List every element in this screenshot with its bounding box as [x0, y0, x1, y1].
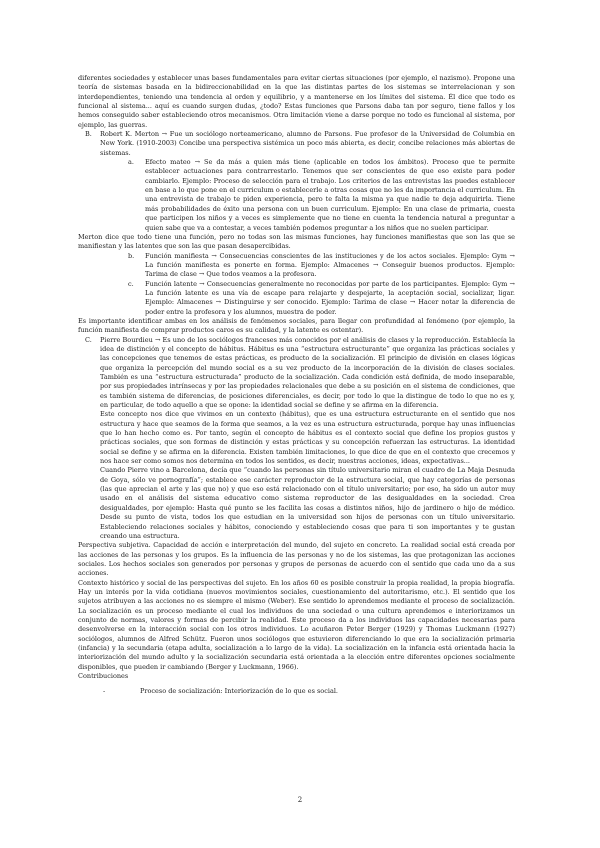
sublist-item-a-efecto-mateo: a. Efecto mateo → Se da más a quien más …	[145, 158, 515, 233]
sublist-item-b-funcion-manifiesta: b. Función manifiesta → Consecuencias co…	[145, 252, 515, 280]
paragraph-contexto-historico: Contexto histórico y social de las persp…	[78, 579, 515, 672]
paragraph-merton-note: Merton dice que todo tiene una función, …	[78, 233, 515, 252]
sub-b-text: Función manifiesta → Consecuencias consc…	[145, 252, 515, 280]
list-item-c-bourdieu: C. Pierre Bourdieu → Es uno de los soció…	[100, 336, 515, 542]
text-block: diferentes sociedades y establecer unas …	[78, 74, 515, 697]
list-item-b-merton: B. Robert K. Merton → Fue un sociólogo n…	[100, 130, 515, 158]
paragraph-parsons-continuation: diferentes sociedades y establecer unas …	[78, 74, 515, 130]
list-label-b: B.	[85, 130, 92, 139]
item-b-text: Robert K. Merton → Fue un sociólogo nort…	[100, 130, 515, 158]
sublist-item-c-funcion-latente: c. Función latente → Consecuencias gener…	[145, 280, 515, 317]
paragraph-important-note: Es importante identificar ambas en los a…	[78, 317, 515, 336]
item-c-paragraph-3: Cuando Pierre vino a Barcelona, decía qu…	[100, 466, 515, 541]
sublist-label-b: b.	[128, 252, 134, 261]
document-page: diferentes sociedades y establecer unas …	[0, 0, 600, 848]
list-label-c: C.	[85, 336, 92, 345]
paragraph-perspectiva-subjetiva: Perspectiva subjetiva. Capacidad de acci…	[78, 541, 515, 578]
bullet-dash-marker: -	[103, 687, 105, 696]
sub-c-text: Función latente → Consecuencias generalm…	[145, 280, 515, 317]
contributions-heading: Contribuciones	[78, 672, 515, 681]
item-c-paragraph-2: Este concepto nos dice que vivimos en un…	[100, 410, 515, 466]
contributions-bullet-item: - Proceso de socialización: Interiorizac…	[140, 687, 515, 696]
contributions-bullet-text: Proceso de socialización: Interiorizació…	[140, 687, 515, 696]
page-number: 2	[0, 796, 600, 804]
item-c-paragraph-1: Pierre Bourdieu → Es uno de los sociólog…	[100, 336, 515, 411]
sublist-label-c: c.	[128, 280, 134, 289]
sublist-label-a: a.	[128, 158, 134, 167]
sub-a-text: Efecto mateo → Se da más a quien más tie…	[145, 158, 515, 233]
